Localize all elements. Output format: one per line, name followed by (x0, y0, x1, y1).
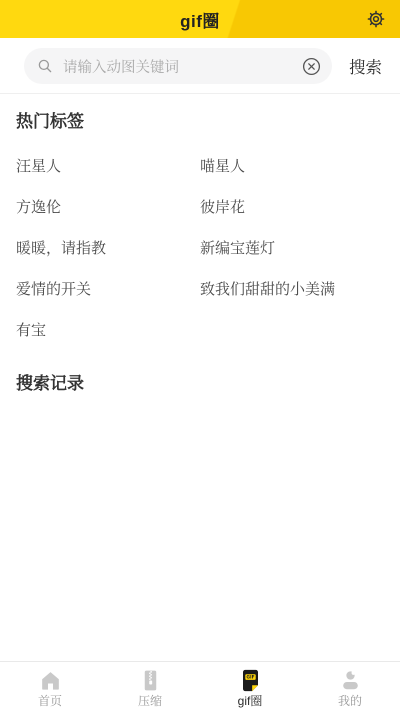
tag-item[interactable]: 爱情的开关 (16, 269, 200, 310)
hot-tags-heading: 热门标签 (16, 94, 384, 132)
home-icon (38, 668, 63, 693)
search-input[interactable]: 请输入动图关键词 (24, 48, 332, 84)
search-button[interactable]: 搜索 (332, 48, 390, 84)
search-row: 请输入动图关键词 搜索 (0, 38, 400, 93)
tag-item[interactable]: 彼岸花 (200, 187, 384, 228)
svg-text:GIF: GIF (246, 675, 254, 681)
tag-item[interactable]: 暖暖，请指教 (16, 228, 200, 269)
search-history-section: 搜索记录 (0, 351, 400, 394)
tab-label: 首页 (38, 695, 62, 707)
gif-file-icon: GIF (238, 668, 263, 693)
compress-zip-icon (138, 668, 163, 693)
tag-item[interactable]: 致我们甜甜的小美满 (200, 269, 384, 310)
tag-item[interactable]: 有宝 (16, 310, 200, 351)
header-bar: gif圈 (0, 0, 400, 38)
hot-tags-section: 热门标签 汪星人 喵星人 方逸伦 彼岸花 暖暖，请指教 新编宝莲灯 爱情的开关 … (0, 94, 400, 351)
gear-icon[interactable] (365, 8, 387, 30)
tab-label: gif圈 (238, 695, 263, 707)
clear-circle-icon[interactable] (301, 56, 322, 77)
tags-grid: 汪星人 喵星人 方逸伦 彼岸花 暖暖，请指教 新编宝莲灯 爱情的开关 致我们甜甜… (16, 146, 384, 351)
tag-item[interactable]: 汪星人 (16, 146, 200, 187)
tag-item[interactable]: 方逸伦 (16, 187, 200, 228)
tab-home[interactable]: 首页 (0, 662, 100, 711)
tab-gif-circle[interactable]: GIF gif圈 (200, 662, 300, 711)
tab-label: 我的 (338, 695, 362, 707)
tab-label: 压缩 (138, 695, 162, 707)
app-screen: gif圈 请输入动图关键词 搜索 (0, 0, 400, 711)
tag-item[interactable]: 新编宝莲灯 (200, 228, 384, 269)
search-icon (36, 57, 54, 75)
search-placeholder: 请输入动图关键词 (63, 56, 301, 77)
tab-compress[interactable]: 压缩 (100, 662, 200, 711)
search-history-heading: 搜索记录 (16, 351, 384, 394)
profile-icon (338, 668, 363, 693)
tab-bar: 首页 压缩 GIF gif圈 (0, 661, 400, 711)
tab-profile[interactable]: 我的 (300, 662, 400, 711)
tag-item[interactable]: 喵星人 (200, 146, 384, 187)
page-title: gif圈 (180, 7, 220, 32)
